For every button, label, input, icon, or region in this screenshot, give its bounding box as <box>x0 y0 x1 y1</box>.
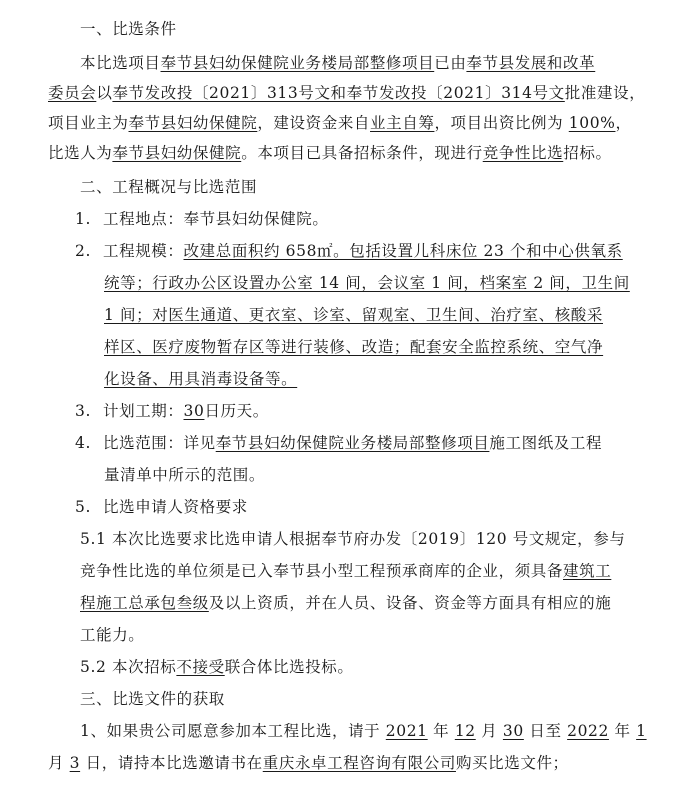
document-page: 一、比选条件 本比选项目奉节县妇幼保健院业务楼局部整修项目已由奉节县发展和改革 … <box>0 0 697 809</box>
list-item-scale-cont: 化设备、用具消毒设备等。 <box>104 368 297 390</box>
list-item-scope-cont: 量清单中所示的范围。 <box>104 464 265 486</box>
list-number: 4. <box>75 432 103 454</box>
item-label: 计划工期： <box>103 402 184 420</box>
list-item-location: 1.工程地点：奉节县妇幼保健院。 <box>75 208 328 230</box>
text-run: ， <box>615 114 631 132</box>
text-run: 本比选项目 <box>80 54 161 72</box>
text-run: 1、如果贵公司愿意参加本工程比选，请于 <box>80 722 386 740</box>
selector-name: 奉节县妇幼保健院 <box>112 144 241 162</box>
text-run: 竞争性比选的单位须是已入奉节县小型工程预承商库的企业，须具备 <box>80 562 563 580</box>
text-run: 年 <box>609 722 636 740</box>
text-run: 月 <box>48 754 70 772</box>
item-suffix: 日历天。 <box>204 402 268 420</box>
text-run: 购买比选文件； <box>456 754 569 772</box>
text-run: 5.2 本次招标 <box>80 658 176 676</box>
list-item-scale-cont: 统等；行政办公区设置办公室 14 间，会议室 1 间，档案室 2 间，卫生间 <box>104 272 630 294</box>
project-name: 奉节县妇幼保健院业务楼局部整修项目 <box>216 434 490 452</box>
requirement-5-1: 5.1 本次比选要求比选申请人根据奉节府办发〔2019〕120 号文规定，参与 <box>80 528 625 550</box>
owner-name: 奉节县妇幼保健院 <box>129 114 258 132</box>
text-run: 年 <box>428 722 455 740</box>
list-item-scope: 4.比选范围：详见奉节县妇幼保健院业务楼局部整修项目施工图纸及工程 <box>75 432 602 454</box>
consortium-policy: 不接受 <box>176 658 224 676</box>
text-run: 月 <box>476 722 503 740</box>
end-year: 2022 <box>567 722 609 740</box>
list-item-scale-cont: 1 间；对医生通道、更衣室、诊室、留观室、卫生间、治疗室、核酸采 <box>104 304 603 326</box>
text-run: 批准建设， <box>565 84 646 102</box>
item-value: 奉节县妇幼保健院。 <box>184 210 329 228</box>
text-run: 日至 <box>524 722 567 740</box>
funding-source: 业主自筹 <box>370 114 434 132</box>
text-run: 。本项目已具备招标条件，现进行 <box>241 144 483 162</box>
approval-docs: 奉节发改投〔2021〕313号文和奉节发改投〔2021〕314号文 <box>112 84 564 102</box>
item-value: 施工图纸及工程 <box>489 434 602 452</box>
section-heading-1: 一、比选条件 <box>80 18 177 40</box>
requirement-5-1-cont: 程施工总承包叁级及以上资质，并在人员、设备、资金等方面具有相应的施 <box>80 592 611 614</box>
text-run: 及以上资质，并在人员、设备、资金等方面具有相应的施 <box>209 594 612 612</box>
item-label: 比选范围：详见 <box>103 434 216 452</box>
authority-name: 委员会 <box>48 84 96 102</box>
item-label: 工程规模： <box>103 242 184 260</box>
paragraph-line: 本比选项目奉节县妇幼保健院业务楼局部整修项目已由奉节县发展和改革 <box>80 52 595 74</box>
text-run: 招标。 <box>563 144 611 162</box>
qualification-level: 建筑工 <box>563 562 611 580</box>
item-label: 比选申请人资格要求 <box>103 498 248 516</box>
end-day: 3 <box>70 754 80 772</box>
list-number: 5. <box>75 496 103 518</box>
text-run: 日，请持本比选邀请书在 <box>80 754 263 772</box>
item-value: 改建总面积约 658㎡。包括设置儿科床位 23 个和中心供氧系 <box>184 242 623 260</box>
project-name: 奉节县妇幼保健院业务楼局部整修项目 <box>161 54 435 72</box>
list-item-scale-cont: 样区、医疗废物暂存区等进行装修、改造；配套安全监控系统、空气净 <box>104 336 603 358</box>
paragraph-line: 1、如果贵公司愿意参加本工程比选，请于 2021 年 12 月 30 日至 20… <box>80 720 647 742</box>
text-run: 以 <box>96 84 112 102</box>
paragraph-line: 项目业主为奉节县妇幼保健院，建设资金来自业主自筹，项目出资比例为 100%， <box>48 112 632 134</box>
paragraph-line: 月 3 日，请持本比选邀请书在重庆永卓工程咨询有限公司购买比选文件； <box>48 752 569 774</box>
text-run: ，项目出资比例为 <box>434 114 568 132</box>
funding-ratio: 100% <box>569 114 616 132</box>
start-day: 30 <box>503 722 524 740</box>
selection-method: 竞争性比选 <box>483 144 564 162</box>
requirement-5-1-cont: 竞争性比选的单位须是已入奉节县小型工程预承商库的企业，须具备建筑工 <box>80 560 611 582</box>
section-heading-3: 三、比选文件的获取 <box>80 688 225 710</box>
list-number: 3. <box>75 400 103 422</box>
end-month: 1 <box>636 722 646 740</box>
list-number: 1. <box>75 208 103 230</box>
list-item-scale: 2.工程规模：改建总面积约 658㎡。包括设置儿科床位 23 个和中心供氧系 <box>75 240 623 262</box>
text-run: 比选人为 <box>48 144 112 162</box>
authority-name: 奉节县发展和改革 <box>466 54 595 72</box>
paragraph-line: 委员会以奉节发改投〔2021〕313号文和奉节发改投〔2021〕314号文批准建… <box>48 82 645 104</box>
text-run: ，建设资金来自 <box>257 114 370 132</box>
duration-days: 30 <box>184 402 205 420</box>
agency-name: 重庆永卓工程咨询有限公司 <box>263 754 456 772</box>
start-year: 2021 <box>386 722 428 740</box>
text-run: 已由 <box>434 54 466 72</box>
text-run: 联合体比选投标。 <box>225 658 354 676</box>
paragraph-line: 比选人为奉节县妇幼保健院。本项目已具备招标条件，现进行竞争性比选招标。 <box>48 142 612 164</box>
list-item-duration: 3.计划工期：30日历天。 <box>75 400 269 422</box>
list-item-qualification: 5.比选申请人资格要求 <box>75 496 248 518</box>
requirement-5-2: 5.2 本次招标不接受联合体比选投标。 <box>80 656 354 678</box>
start-month: 12 <box>455 722 476 740</box>
requirement-5-1-cont: 工能力。 <box>80 624 144 646</box>
text-run: 项目业主为 <box>48 114 129 132</box>
list-number: 2. <box>75 240 103 262</box>
item-label: 工程地点： <box>103 210 184 228</box>
section-heading-2: 二、工程概况与比选范围 <box>80 176 257 198</box>
qualification-level: 程施工总承包叁级 <box>80 594 209 612</box>
